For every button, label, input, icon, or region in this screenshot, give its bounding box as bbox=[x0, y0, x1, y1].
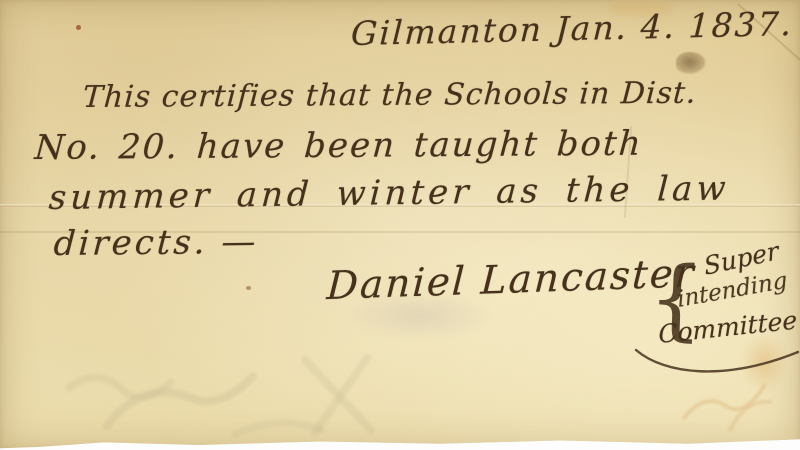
body-line-2: No. 20. have been taught both bbox=[33, 124, 643, 168]
body-line-4: directs. — bbox=[53, 222, 260, 264]
small-stain-dot bbox=[76, 25, 81, 30]
dateline-text: Gilmanton Jan. 4. 1837. bbox=[350, 4, 794, 53]
signature-text: Daniel Lancaster bbox=[326, 251, 697, 309]
body-line-1: This certifies that the Schools in Dist. bbox=[82, 76, 698, 115]
ink-bleedthrough-marks bbox=[55, 318, 455, 446]
paper-sheet: Gilmanton Jan. 4. 1837. This certifies t… bbox=[0, 0, 800, 450]
document-photo: Gilmanton Jan. 4. 1837. This certifies t… bbox=[0, 0, 800, 450]
body-line-3: summer and winter as the law bbox=[48, 168, 731, 218]
ink-blot-stain bbox=[676, 52, 706, 74]
signature-flourish-underline bbox=[632, 344, 800, 380]
small-stain-dot-2 bbox=[246, 286, 251, 290]
